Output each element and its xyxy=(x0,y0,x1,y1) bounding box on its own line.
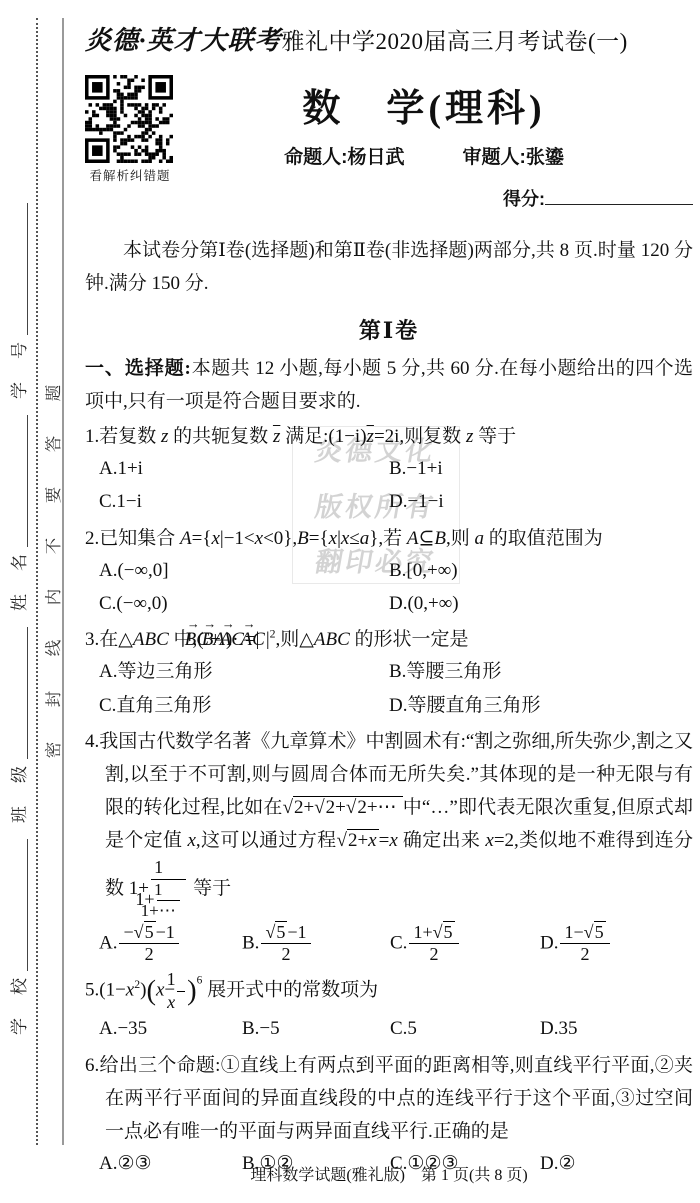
option: A.等边三角形 xyxy=(99,656,389,688)
title-block: 看解析纠错题 数 学(理科) 命题人:杨日武 审题人:张鎏 得分: xyxy=(85,71,693,221)
question-item: 2.已知集合 A={x|−1<x<0},B={x|x≤a},若 A⊆B,则 a … xyxy=(85,522,693,621)
margin-field-blank xyxy=(13,415,28,547)
score-row: 得分: xyxy=(85,185,693,211)
question-item: 5.(1−x2)(x−1x)6 展开式中的常数项为A.−35B.−5C.5D.3… xyxy=(85,969,693,1046)
question-options: A.−35B.−5C.5D.35 xyxy=(99,1013,693,1045)
subject-title: 数 学(理科) xyxy=(85,71,693,142)
option: C.直角三角形 xyxy=(99,690,389,722)
exam-page: 学 校班 级姓 名学 号 密 封 线 内 不 要 答 题 炎德文化版权所有翻印必… xyxy=(0,0,700,1203)
option: A.−35 xyxy=(99,1013,242,1045)
margin-field-blank xyxy=(13,839,28,971)
exam-instructions: 本试卷分第Ⅰ卷(选择题)和第Ⅱ卷(非选择题)两部分,共 8 页.时量 120 分… xyxy=(85,235,693,300)
option: C.1+√52 xyxy=(390,922,540,966)
setter-name: 命题人:杨日武 xyxy=(284,142,404,169)
question-item: 6.给出三个命题:①直线上有两点到平面的距离相等,则直线平行平面,②夹在两平行平… xyxy=(85,1049,693,1180)
option: A.−√5−12 xyxy=(99,922,242,966)
option: C.1−i xyxy=(99,486,389,518)
question-stem: 5.(1−x2)(x−1x)6 展开式中的常数项为 xyxy=(85,969,693,1013)
question-item: 3.在△ABC 中,(BC+BA)·AC=|AC|2,则△ABC 的形状一定是A… xyxy=(85,623,693,722)
option: B.等腰三角形 xyxy=(389,656,693,688)
question-stem: 4.我国古代数学名著《九章算术》中割圆术有:“割之弥细,所失弥少,割之又割,以至… xyxy=(85,725,693,922)
question-stem: 2.已知集合 A={x|−1<x<0},B={x|x≤a},若 A⊆B,则 a … xyxy=(85,522,693,555)
question-options: A.(−∞,0]B.[0,+∞)C.(−∞,0)D.(0,+∞) xyxy=(99,555,693,621)
exam-title-rest: 雅礼中学2020届高三月考试卷(一) xyxy=(282,23,628,56)
question-options: A.−√5−12B.√5−12C.1+√52D.1−√52 xyxy=(99,922,693,966)
qr-block: 看解析纠错题 xyxy=(85,75,175,184)
score-label: 得分: xyxy=(503,189,545,209)
question-stem: 1.若复数 z 的共轭复数 z 满足:(1−i)z=2i,则复数 z 等于 xyxy=(85,420,693,453)
section-heading: 一、选择题:本题共 12 小题,每小题 5 分,共 60 分.在每小题给出的四个… xyxy=(85,353,693,418)
people-row: 命题人:杨日武 审题人:张鎏 xyxy=(85,142,693,169)
question-options: A.1+iB.−1+iC.1−iD.−1−i xyxy=(99,453,693,519)
option: B.−1+i xyxy=(389,453,693,485)
option: D.(0,+∞) xyxy=(389,588,693,620)
exam-series-title: 炎德·英才大联考雅礼中学2020届高三月考试卷(一) xyxy=(85,20,693,57)
option: C.5 xyxy=(390,1013,540,1045)
margin-field-label: 学 号 xyxy=(5,339,30,399)
question-item: 1.若复数 z 的共轭复数 z 满足:(1−i)z=2i,则复数 z 等于A.1… xyxy=(85,420,693,519)
option: B.−5 xyxy=(242,1013,390,1045)
option: A.(−∞,0] xyxy=(99,555,389,587)
student-info-fields: 学 校班 级姓 名学 号 xyxy=(5,115,30,1035)
option: D.35 xyxy=(540,1013,693,1045)
qr-caption: 看解析纠错题 xyxy=(85,166,175,184)
seal-dotted-line xyxy=(36,18,38,1145)
page-footer: 理科数学试题(雅礼版) 第 1 页(共 8 页) xyxy=(85,1162,693,1185)
question-stem: 3.在△ABC 中,(BC+BA)·AC=|AC|2,则△ABC 的形状一定是 xyxy=(85,623,693,656)
qr-code-icon xyxy=(85,75,173,163)
seal-text: 密 封 线 内 不 要 答 题 xyxy=(40,362,64,772)
margin-field-blank xyxy=(13,203,28,335)
exam-brand: 炎德·英才大联考 xyxy=(85,20,282,57)
question-item: 4.我国古代数学名著《九章算术》中割圆术有:“割之弥细,所失弥少,割之又割,以至… xyxy=(85,725,693,966)
part-one-title: 第Ⅰ卷 xyxy=(85,314,693,345)
margin-field-label: 班 级 xyxy=(5,763,30,823)
option: A.1+i xyxy=(99,453,389,485)
margin-field-label: 姓 名 xyxy=(5,551,30,611)
reviewer-name: 审题人:张鎏 xyxy=(463,142,564,169)
content-column: 炎德·英才大联考雅礼中学2020届高三月考试卷(一) 看解析纠错题 数 学(理科… xyxy=(85,20,693,1183)
margin-field-blank xyxy=(13,627,28,759)
option: B.√5−12 xyxy=(242,922,390,966)
option: B.[0,+∞) xyxy=(389,555,693,587)
option: D.1−√52 xyxy=(540,922,693,966)
questions-list: 1.若复数 z 的共轭复数 z 满足:(1−i)z=2i,则复数 z 等于A.1… xyxy=(85,420,693,1180)
score-blank xyxy=(545,188,693,205)
question-stem: 6.给出三个命题:①直线上有两点到平面的距离相等,则直线平行平面,②夹在两平行平… xyxy=(85,1049,693,1148)
margin-field-label: 学 校 xyxy=(5,975,30,1035)
option: D.等腰直角三角形 xyxy=(389,690,693,722)
section-heading-lead: 一、选择题: xyxy=(85,358,191,379)
option: D.−1−i xyxy=(389,486,693,518)
question-options: A.等边三角形B.等腰三角形C.直角三角形D.等腰直角三角形 xyxy=(99,656,693,722)
